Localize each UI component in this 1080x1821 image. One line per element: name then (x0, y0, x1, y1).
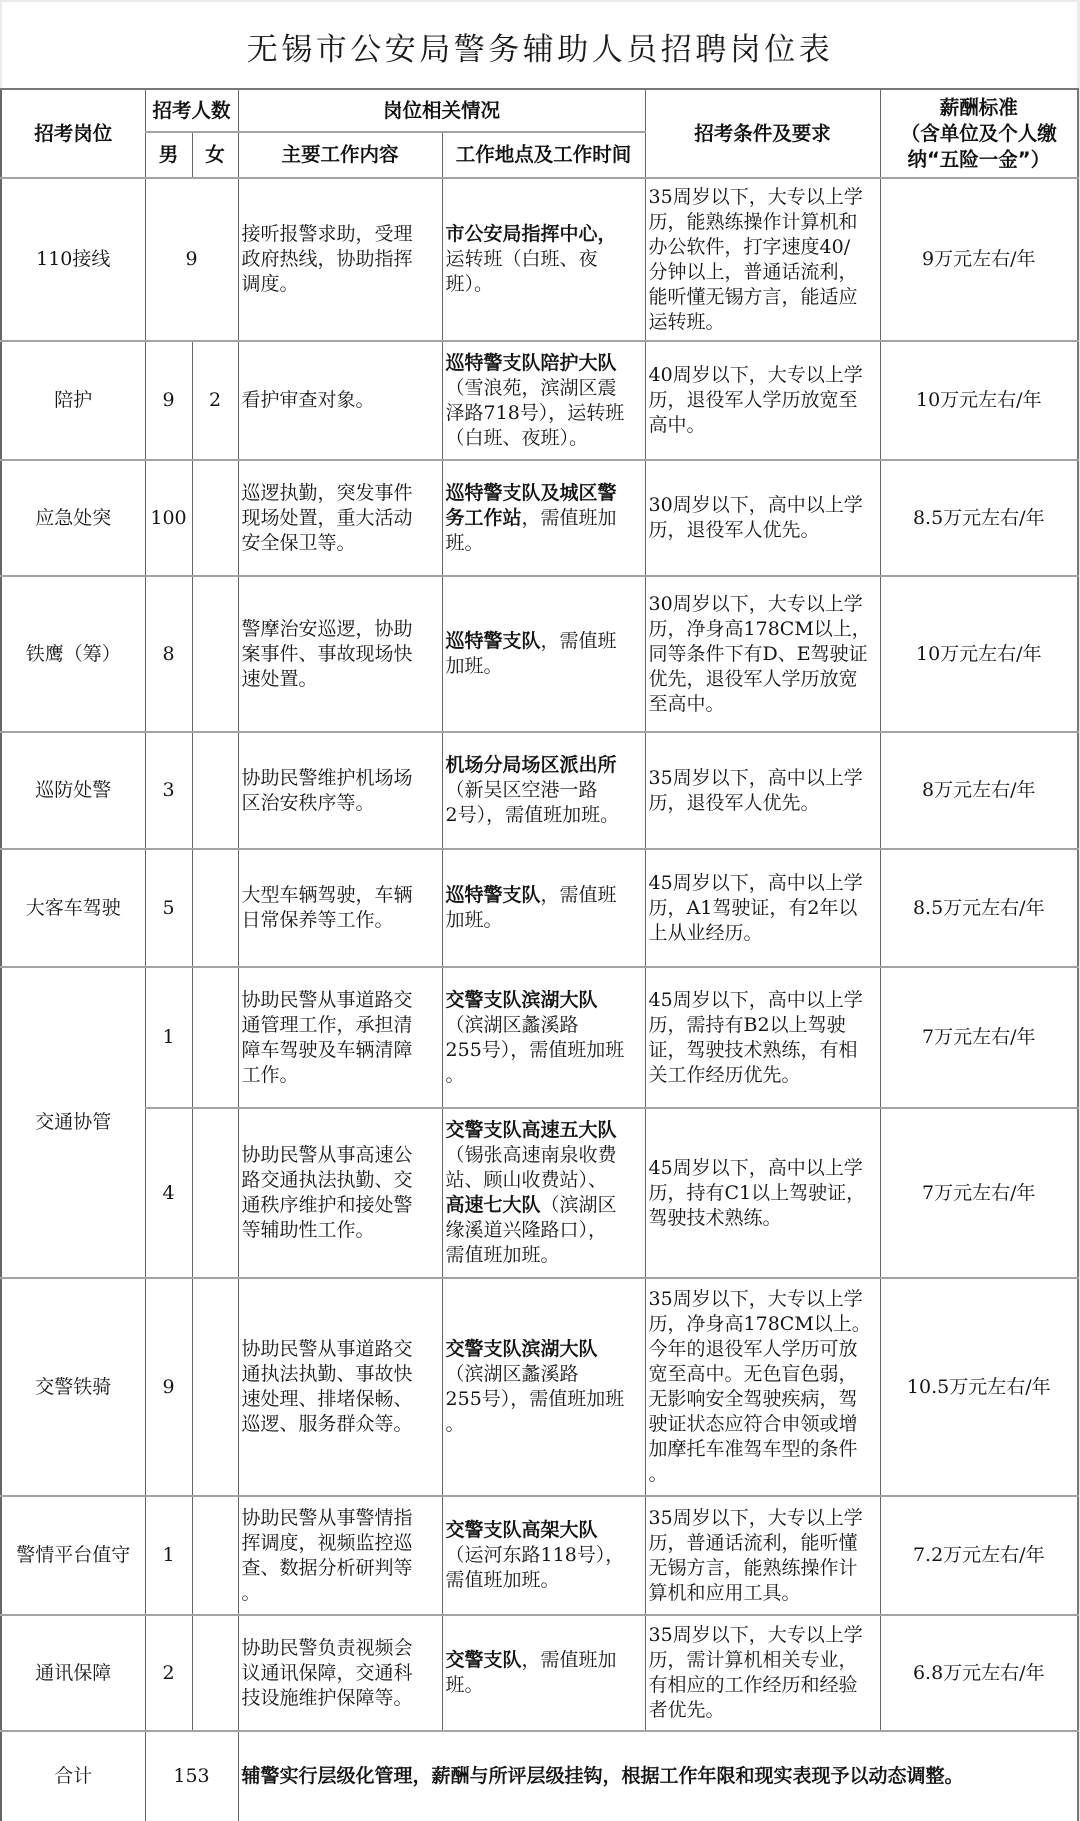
location-cell: 巡特警支队陪护大队 （雪浪苑，滨湖区震 泽路718号），运转班 （白班、夜班）。 (442, 341, 645, 460)
recruitment-table-page: 无锡市公安局警务辅助人员招聘岗位表 招考岗位 招考人数 岗位相关情况 招考条件及… (0, 0, 1080, 1821)
duties-cell: 协助民警从事警情指 挥调度，视频监控巡 查、数据分析研判等 。 (238, 1496, 442, 1615)
table-row: 大客车驾驶 5 大型车辆驾驶，车辆 日常保养等工作。 巡特警支队，需值班 加班。… (1, 849, 1078, 967)
location-unit: 巡特警支队 (446, 884, 541, 906)
page-title: 无锡市公安局警务辅助人员招聘岗位表 (0, 0, 1080, 88)
recruitment-table: 招考岗位 招考人数 岗位相关情况 招考条件及要求 薪酬标准 （含单位及个人缴 纳… (0, 88, 1079, 1821)
total-count: 153 (145, 1731, 238, 1821)
requirements-cell: 35周岁以下，大专以上学 历，需计算机相关专业， 有相应的工作经历和经验 者优先… (645, 1615, 880, 1731)
table-row: 110接线 9 接听报警求助，受理 政府热线，协助指挥 调度。 市公安局指挥中心… (1, 178, 1078, 341)
header-female: 女 (192, 132, 238, 178)
duties-cell: 协助民警维护机场场 区治安秩序等。 (238, 732, 442, 849)
female-count-cell (192, 732, 238, 849)
table-row: 陪护 9 2 看护审查对象。 巡特警支队陪护大队 （雪浪苑，滨湖区震 泽路718… (1, 341, 1078, 460)
position-cell: 通讯保障 (1, 1615, 145, 1731)
header-position: 招考岗位 (1, 89, 145, 178)
salary-cell: 7.2万元左右/年 (880, 1496, 1078, 1615)
female-count-cell (192, 576, 238, 732)
position-cell: 交通协管 (1, 967, 145, 1278)
location-cell: 市公安局指挥中心， 运转班（白班、夜 班）。 (442, 178, 645, 341)
location-unit: 机场分局场区派出所 (446, 754, 617, 776)
salary-cell: 9万元左右/年 (880, 178, 1078, 341)
table-row: 交警铁骑 9 协助民警从事道路交 通执法执勤、事故快 速处理、排堵保畅、 巡逻、… (1, 1278, 1078, 1496)
total-label: 合计 (1, 1731, 145, 1821)
male-count-cell: 9 (145, 341, 192, 460)
male-count-cell: 2 (145, 1615, 192, 1731)
location-unit: 交警支队滨湖大队 (446, 1338, 598, 1360)
salary-cell: 8万元左右/年 (880, 732, 1078, 849)
location-cell: 交警支队高速五大队 （锡张高速南泉收费 站、顾山收费站）、 高速七大队（滨湖区 … (442, 1108, 645, 1278)
female-count-cell: 2 (192, 341, 238, 460)
location-unit: 巡特警支队陪护大队 (446, 352, 617, 374)
location-detail: （雪浪苑，滨湖区震 泽路718号），运转班 （白班、夜班）。 (446, 377, 625, 449)
female-count-cell (192, 460, 238, 576)
requirements-cell: 35周岁以下，高中以上学 历，退役军人优先。 (645, 732, 880, 849)
duties-cell: 协助民警负责视频会 议通讯保障，交通科 技设施维护保障等。 (238, 1615, 442, 1731)
location-detail: （滨湖区蠡溪路 255号），需值班加班 。 (446, 1014, 625, 1086)
requirements-cell: 45周岁以下，高中以上学 历，持有C1以上驾驶证， 驾驶技术熟练。 (645, 1108, 880, 1278)
header-count: 招考人数 (145, 89, 238, 132)
salary-cell: 10.5万元左右/年 (880, 1278, 1078, 1496)
salary-cell: 8.5万元左右/年 (880, 849, 1078, 967)
location-detail: （滨湖区蠡溪路 255号），需值班加班 。 (446, 1363, 625, 1435)
male-count-cell: 1 (145, 1496, 192, 1615)
header-requirements: 招考条件及要求 (645, 89, 880, 178)
salary-cell: 8.5万元左右/年 (880, 460, 1078, 576)
female-count-cell (192, 967, 238, 1108)
duties-cell: 看护审查对象。 (238, 341, 442, 460)
requirements-cell: 35周岁以下，大专以上学 历，能熟练操作计算机和 办公软件，打字速度40/ 分钟… (645, 178, 880, 341)
header-duties: 主要工作内容 (238, 132, 442, 178)
position-cell: 大客车驾驶 (1, 849, 145, 967)
position-cell: 应急处突 (1, 460, 145, 576)
location-unit: 交警支队高速五大队 (446, 1119, 617, 1141)
header-male: 男 (145, 132, 192, 178)
location-detail: 运转班（白班、夜 班）。 (446, 248, 598, 295)
location-cell: 交警支队滨湖大队 （滨湖区蠡溪路 255号），需值班加班 。 (442, 967, 645, 1108)
male-count-cell: 5 (145, 849, 192, 967)
salary-cell: 10万元左右/年 (880, 576, 1078, 732)
duties-cell: 巡逻执勤，突发事件 现场处置，重大活动 安全保卫等。 (238, 460, 442, 576)
location-detail: （新吴区空港一路 2号），需值班加班。 (446, 779, 620, 826)
duties-cell: 协助民警从事高速公 路交通执法执勤、交 通秩序维护和接处警 等辅助性工作。 (238, 1108, 442, 1278)
female-count-cell (192, 1615, 238, 1731)
location-cell: 巡特警支队，需值班 加班。 (442, 576, 645, 732)
requirements-cell: 45周岁以下，高中以上学 历，A1驾驶证，有2年以 上从业经历。 (645, 849, 880, 967)
table-row: 通讯保障 2 协助民警负责视频会 议通讯保障，交通科 技设施维护保障等。 交警支… (1, 1615, 1078, 1731)
location-cell: 巡特警支队及城区警 务工作站，需值班加 班。 (442, 460, 645, 576)
male-count-cell: 8 (145, 576, 192, 732)
position-cell: 110接线 (1, 178, 145, 341)
requirements-cell: 30周岁以下，高中以上学 历，退役军人优先。 (645, 460, 880, 576)
location-cell: 巡特警支队，需值班 加班。 (442, 849, 645, 967)
salary-cell: 10万元左右/年 (880, 341, 1078, 460)
salary-cell: 7万元左右/年 (880, 967, 1078, 1108)
header-location: 工作地点及工作时间 (442, 132, 645, 178)
location-unit: 交警支队 (446, 1649, 522, 1671)
male-count-cell: 4 (145, 1108, 192, 1278)
duties-cell: 大型车辆驾驶，车辆 日常保养等工作。 (238, 849, 442, 967)
duties-cell: 协助民警从事道路交 通管理工作，承担清 障车驾驶及车辆清障 工作。 (238, 967, 442, 1108)
header-job-info: 岗位相关情况 (238, 89, 645, 132)
female-count-cell (192, 849, 238, 967)
header-salary: 薪酬标准 （含单位及个人缴 纳“五险一金”） (880, 89, 1078, 178)
salary-cell: 6.8万元左右/年 (880, 1615, 1078, 1731)
table-row: 巡防处警 3 协助民警维护机场场 区治安秩序等。 机场分局场区派出所 （新吴区空… (1, 732, 1078, 849)
total-row: 合计 153 辅警实行层级化管理，薪酬与所评层级挂钩，根据工作年限和现实表现予以… (1, 1731, 1078, 1821)
location-unit: 高速七大队 (446, 1194, 541, 1216)
table-row: 铁鹰（筹） 8 警摩治安巡逻，协助 案事件、事故现场快 速处置。 巡特警支队，需… (1, 576, 1078, 732)
male-count-cell: 9 (145, 1278, 192, 1496)
requirements-cell: 45周岁以下，高中以上学 历，需持有B2以上驾驶 证，驾驶技术熟练，有相 关工作… (645, 967, 880, 1108)
duties-cell: 协助民警从事道路交 通执法执勤、事故快 速处理、排堵保畅、 巡逻、服务群众等。 (238, 1278, 442, 1496)
position-cell: 铁鹰（筹） (1, 576, 145, 732)
table-row: 交通协管 1 协助民警从事道路交 通管理工作，承担清 障车驾驶及车辆清障 工作。… (1, 967, 1078, 1108)
location-unit: 巡特警支队 (446, 630, 541, 652)
male-count-cell: 1 (145, 967, 192, 1108)
requirements-cell: 30周岁以下，大专以上学 历，净身高178CM以上， 同等条件下有D、E驾驶证 … (645, 576, 880, 732)
salary-note: 辅警实行层级化管理，薪酬与所评层级挂钩，根据工作年限和现实表现予以动态调整。 (238, 1731, 1078, 1821)
table-row: 应急处突 100 巡逻执勤，突发事件 现场处置，重大活动 安全保卫等。 巡特警支… (1, 460, 1078, 576)
female-count-cell (192, 1108, 238, 1278)
requirements-cell: 35周岁以下，大专以上学 历，净身高178CM以上。 今年的退役军人学历可放 宽… (645, 1278, 880, 1496)
location-unit: 交警支队高架大队 (446, 1519, 598, 1541)
position-cell: 巡防处警 (1, 732, 145, 849)
location-cell: 交警支队滨湖大队 （滨湖区蠡溪路 255号），需值班加班 。 (442, 1278, 645, 1496)
header-row-1: 招考岗位 招考人数 岗位相关情况 招考条件及要求 薪酬标准 （含单位及个人缴 纳… (1, 89, 1078, 132)
salary-cell: 7万元左右/年 (880, 1108, 1078, 1278)
position-cell: 交警铁骑 (1, 1278, 145, 1496)
duties-cell: 接听报警求助，受理 政府热线，协助指挥 调度。 (238, 178, 442, 341)
location-unit: 市公安局指挥中心， (446, 223, 617, 245)
location-detail: （运河东路118号）， 需值班加班。 (446, 1544, 625, 1591)
requirements-cell: 35周岁以下，大专以上学 历，普通话流利，能听懂 无锡方言，能熟练操作计 算机和… (645, 1496, 880, 1615)
location-unit: 交警支队滨湖大队 (446, 989, 598, 1011)
male-count-cell: 100 (145, 460, 192, 576)
male-count-cell: 3 (145, 732, 192, 849)
table-row: 4 协助民警从事高速公 路交通执法执勤、交 通秩序维护和接处警 等辅助性工作。 … (1, 1108, 1078, 1278)
count-cell: 9 (145, 178, 238, 341)
location-cell: 交警支队，需值班加 班。 (442, 1615, 645, 1731)
duties-cell: 警摩治安巡逻，协助 案事件、事故现场快 速处置。 (238, 576, 442, 732)
position-cell: 警情平台值守 (1, 1496, 145, 1615)
position-cell: 陪护 (1, 341, 145, 460)
location-cell: 机场分局场区派出所 （新吴区空港一路 2号），需值班加班。 (442, 732, 645, 849)
female-count-cell (192, 1278, 238, 1496)
location-cell: 交警支队高架大队 （运河东路118号）， 需值班加班。 (442, 1496, 645, 1615)
requirements-cell: 40周岁以下，大专以上学 历，退役军人学历放宽至 高中。 (645, 341, 880, 460)
location-detail: （锡张高速南泉收费 站、顾山收费站）、 (446, 1144, 617, 1191)
female-count-cell (192, 1496, 238, 1615)
table-row: 警情平台值守 1 协助民警从事警情指 挥调度，视频监控巡 查、数据分析研判等 。… (1, 1496, 1078, 1615)
